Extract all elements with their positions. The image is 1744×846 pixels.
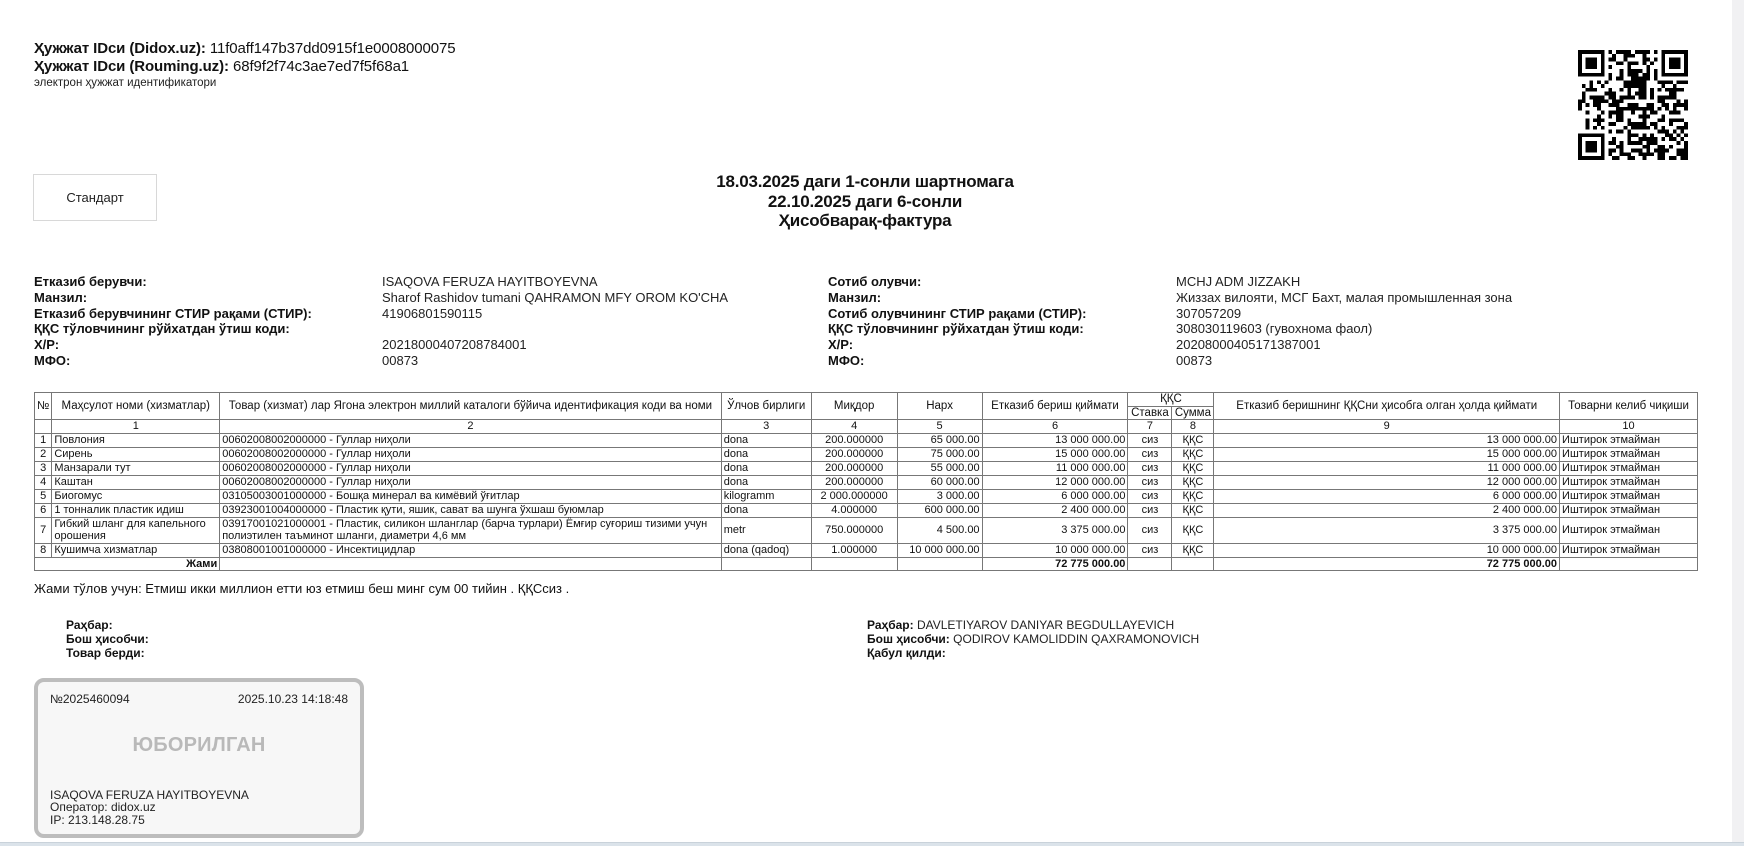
row-catalog: 03923001004000000 - Пластик қути, яшик, … [220, 503, 722, 517]
items-table: № Маҳсулот номи (хизматлар) Товар (хизма… [34, 392, 1698, 571]
seller-tin-label: Етказиб берувчининг СТИР рақами (СТИР): [34, 306, 382, 322]
row-number: 2 [35, 447, 52, 461]
buyer-label: Сотиб олувчи: [828, 274, 1176, 290]
buyer-account: 20208000405171387001 [1176, 337, 1512, 353]
invoice-page: Ҳужжат IDси (Didox.uz): 11f0aff147b37dd0… [0, 0, 1732, 842]
col-header-origin: Товарни келиб чиқиши [1560, 393, 1698, 420]
row-name: Каштан [52, 475, 220, 489]
buyer-address-label: Манзил: [828, 290, 1176, 306]
col-num: 3 [721, 420, 811, 434]
row-qty: 750.000000 [811, 517, 897, 543]
qr-code-icon [1578, 50, 1688, 160]
seller-address-label: Манзил: [34, 290, 382, 306]
table-row: 2Сирень00602008002000000 - Гуллар ниҳоли… [35, 447, 1698, 461]
row-cost: 15 000 000.00 [982, 447, 1128, 461]
buyer-director-label: Раҳбар: [867, 618, 914, 632]
seller-name: ISAQOVA FERUZA HAYITBOYEVNA [382, 274, 728, 290]
seller-info: Етказиб берувчи: Манзил: Етказиб берувчи… [34, 274, 382, 369]
col-num: 4 [811, 420, 897, 434]
seller-address: Sharof Rashidov tumani QAHRAMON MFY OROM… [382, 290, 728, 306]
seller-account-label: Х/Р: [34, 337, 382, 353]
buyer-vat-code-label: ҚҚС тўловчининг рўйхатдан ўтиш коди: [828, 321, 1176, 337]
col-num: 8 [1172, 420, 1214, 434]
row-vat-sum: ҚҚС [1172, 489, 1214, 503]
stamp-datetime: 2025.10.23 14:18:48 [238, 692, 348, 706]
row-catalog: 00602008002000000 - Гуллар ниҳоли [220, 447, 722, 461]
row-name: Гибкий шланг для капельного орошения [52, 517, 220, 543]
seller-signatures: Раҳбар: Бош ҳисобчи: Товар берди: [66, 618, 149, 660]
row-vat-rate: сиз [1128, 489, 1172, 503]
row-vat-rate: сиз [1128, 503, 1172, 517]
row-total: 3 375 000.00 [1214, 517, 1560, 543]
row-origin: Иштирок этмайман [1560, 461, 1698, 475]
row-number: 1 [35, 433, 52, 447]
row-origin: Иштирок этмайман [1560, 433, 1698, 447]
row-name: Биогомус [52, 489, 220, 503]
row-total: 2 400 000.00 [1214, 503, 1560, 517]
row-total: 15 000 000.00 [1214, 447, 1560, 461]
row-qty: 200.000000 [811, 475, 897, 489]
title-doc-type: Ҳисобварақ-фактура [620, 211, 1110, 231]
table-row: 4Каштан00602008002000000 - Гуллар ниҳоли… [35, 475, 1698, 489]
table-row: 7Гибкий шланг для капельного орошения039… [35, 517, 1698, 543]
row-name: Кушимча хизматлар [52, 543, 220, 557]
row-cost: 13 000 000.00 [982, 433, 1128, 447]
title-number-line: 22.10.2025 даги 6-сонли [620, 192, 1110, 212]
row-unit: kilogramm [721, 489, 811, 503]
seller-mfo-label: МФО: [34, 353, 382, 369]
row-cost: 12 000 000.00 [982, 475, 1128, 489]
invoice-title: 18.03.2025 даги 1-сонли шартномага 22.10… [620, 172, 1110, 231]
seller-vat-code [382, 321, 728, 337]
buyer-vat-code: 308030119603 (гувохнома фаол) [1176, 321, 1512, 337]
row-origin: Иштирок этмайман [1560, 543, 1698, 557]
row-total: 12 000 000.00 [1214, 475, 1560, 489]
col-header-vat-rate: Ставка [1128, 406, 1172, 420]
row-total: 11 000 000.00 [1214, 461, 1560, 475]
total-row: Жами 72 775 000.00 72 775 000.00 [35, 557, 1698, 571]
buyer-director-name: DAVLETIYAROV DANIYAR BEGDULLAYEVICH [917, 618, 1174, 632]
row-vat-sum: ҚҚС [1172, 461, 1214, 475]
row-origin: Иштирок этмайман [1560, 517, 1698, 543]
stamp-status: ЮБОРИЛГАН [50, 734, 348, 757]
row-vat-sum: ҚҚС [1172, 503, 1214, 517]
row-cost: 11 000 000.00 [982, 461, 1128, 475]
buyer-address: Жиззах вилояти, МСГ Бахт, малая промышле… [1176, 290, 1512, 306]
row-name: Повлония [52, 433, 220, 447]
row-price: 55 000.00 [897, 461, 982, 475]
bottom-border [0, 842, 1744, 846]
seller-label: Етказиб берувчи: [34, 274, 382, 290]
col-header-unit: Ўлчов бирлиги [721, 393, 811, 420]
row-unit: metr [721, 517, 811, 543]
row-vat-rate: сиз [1128, 447, 1172, 461]
table-row: 61 тонналик пластик идиш0392300100400000… [35, 503, 1698, 517]
row-number: 7 [35, 517, 52, 543]
row-cost: 3 375 000.00 [982, 517, 1128, 543]
row-cost: 6 000 000.00 [982, 489, 1128, 503]
row-unit: dona [721, 447, 811, 461]
col-header-name: Маҳсулот номи (хизматлар) [52, 393, 220, 420]
title-contract-line: 18.03.2025 даги 1-сонли шартномага [620, 172, 1110, 192]
row-unit: dona [721, 475, 811, 489]
row-number: 8 [35, 543, 52, 557]
buyer-tin-label: Сотиб олувчининг СТИР рақами (СТИР): [828, 306, 1176, 322]
col-num: 6 [982, 420, 1128, 434]
col-header-no: № [35, 393, 52, 420]
row-name: Сирень [52, 447, 220, 461]
row-total: 6 000 000.00 [1214, 489, 1560, 503]
row-unit: dona (qadoq) [721, 543, 811, 557]
col-header-catalog: Товар (хизмат) лар Ягона электрон миллий… [220, 393, 722, 420]
stamp-ip: IP: 213.148.28.75 [50, 814, 249, 827]
seller-mfo: 00873 [382, 353, 728, 369]
row-vat-rate: сиз [1128, 433, 1172, 447]
buyer-account-label: Х/Р: [828, 337, 1176, 353]
row-price: 600 000.00 [897, 503, 982, 517]
row-vat-sum: ҚҚС [1172, 517, 1214, 543]
row-qty: 200.000000 [811, 461, 897, 475]
row-cost: 2 400 000.00 [982, 503, 1128, 517]
row-catalog: 03917001021000001 - Пластик, силикон шла… [220, 517, 722, 543]
col-header-qty: Миқдор [811, 393, 897, 420]
buyer-tin: 307057209 [1176, 306, 1512, 322]
row-origin: Иштирок этмайман [1560, 447, 1698, 461]
row-price: 65 000.00 [897, 433, 982, 447]
standard-view-button[interactable]: Стандарт [33, 174, 157, 221]
seller-vat-code-label: ҚҚС тўловчининг рўйхатдан ўтиш коди: [34, 321, 382, 337]
row-vat-sum: ҚҚС [1172, 433, 1214, 447]
row-unit: dona [721, 461, 811, 475]
col-header-vat: ҚҚС [1128, 393, 1214, 407]
row-number: 5 [35, 489, 52, 503]
row-price: 10 000 000.00 [897, 543, 982, 557]
row-qty: 200.000000 [811, 447, 897, 461]
total-with-vat: 72 775 000.00 [1214, 557, 1560, 571]
col-num: 7 [1128, 420, 1172, 434]
row-origin: Иштирок этмайман [1560, 475, 1698, 489]
col-header-vat-sum: Сумма [1172, 406, 1214, 420]
col-header-price: Нарх [897, 393, 982, 420]
buyer-signatures: Раҳбар: DAVLETIYAROV DANIYAR BEGDULLAYEV… [867, 618, 1199, 660]
ids-caption: электрон ҳужжат идентификатори [34, 76, 456, 90]
total-label: Жами [35, 557, 220, 571]
row-vat-rate: сиз [1128, 475, 1172, 489]
row-catalog: 00602008002000000 - Гуллар ниҳоли [220, 433, 722, 447]
buyer-name: MCHJ ADM JIZZAKH [1176, 274, 1512, 290]
seller-account: 20218000407208784001 [382, 337, 728, 353]
row-catalog: 00602008002000000 - Гуллар ниҳоли [220, 461, 722, 475]
table-row: 8Кушимча хизматлар03808001001000000 - Ин… [35, 543, 1698, 557]
scrollbar-track[interactable] [1732, 0, 1744, 846]
buyer-accountant-label: Бош ҳисобчи: [867, 632, 950, 646]
stamp-operator: Оператор: didox.uz [50, 801, 249, 814]
seller-accountant-label: Бош ҳисобчи: [66, 632, 149, 646]
didox-id: Ҳужжат IDси (Didox.uz): 11f0aff147b37dd0… [34, 40, 456, 58]
row-vat-rate: сиз [1128, 517, 1172, 543]
row-qty: 1.000000 [811, 543, 897, 557]
seller-released-label: Товар берди: [66, 646, 149, 660]
seller-tin: 41906801590115 [382, 306, 728, 322]
sent-stamp: №2025460094 2025.10.23 14:18:48 ЮБОРИЛГА… [34, 678, 364, 838]
seller-director-label: Раҳбар: [66, 618, 149, 632]
col-num: 10 [1560, 420, 1698, 434]
row-unit: dona [721, 433, 811, 447]
row-price: 75 000.00 [897, 447, 982, 461]
row-number: 3 [35, 461, 52, 475]
row-qty: 4.000000 [811, 503, 897, 517]
table-row: 1Повлония00602008002000000 - Гуллар ниҳо… [35, 433, 1698, 447]
total-cost: 72 775 000.00 [982, 557, 1128, 571]
row-name: Манзарали тут [52, 461, 220, 475]
row-price: 60 000.00 [897, 475, 982, 489]
amount-in-words: Жами тўлов учун: Етмиш икки миллион етти… [34, 581, 569, 596]
buyer-received-label: Қабул қилди: [867, 646, 946, 660]
buyer-mfo: 00873 [1176, 353, 1512, 369]
row-origin: Иштирок этмайман [1560, 503, 1698, 517]
row-vat-sum: ҚҚС [1172, 543, 1214, 557]
row-cost: 10 000 000.00 [982, 543, 1128, 557]
table-row: 5Биогомус03105003001000000 - Бошқа минер… [35, 489, 1698, 503]
rouming-id: Ҳужжат IDси (Rouming.uz): 68f9f2f74c3ae7… [34, 58, 456, 76]
row-number: 4 [35, 475, 52, 489]
table-row: 3Манзарали тут00602008002000000 - Гуллар… [35, 461, 1698, 475]
row-qty: 2 000.000000 [811, 489, 897, 503]
row-number: 6 [35, 503, 52, 517]
row-vat-sum: ҚҚС [1172, 475, 1214, 489]
col-header-total-with-vat: Етказиб беришнинг ҚҚСни ҳисобга олган ҳо… [1214, 393, 1560, 420]
document-ids: Ҳужжат IDси (Didox.uz): 11f0aff147b37dd0… [34, 40, 456, 90]
row-qty: 200.000000 [811, 433, 897, 447]
row-vat-rate: сиз [1128, 543, 1172, 557]
row-catalog: 03808001001000000 - Инсектицидлар [220, 543, 722, 557]
row-price: 3 000.00 [897, 489, 982, 503]
col-num: 2 [220, 420, 722, 434]
row-origin: Иштирок этмайман [1560, 489, 1698, 503]
row-total: 13 000 000.00 [1214, 433, 1560, 447]
col-num: 1 [52, 420, 220, 434]
row-vat-rate: сиз [1128, 461, 1172, 475]
column-numbers-row: 1 2 3 4 5 6 7 8 9 10 [35, 420, 1698, 434]
row-catalog: 03105003001000000 - Бошқа минерал ва ким… [220, 489, 722, 503]
buyer-accountant-name: QODIROV KAMOLIDDIN QAXRAMONOVICH [953, 632, 1199, 646]
row-unit: dona [721, 503, 811, 517]
stamp-number: №2025460094 [50, 692, 130, 706]
row-total: 10 000 000.00 [1214, 543, 1560, 557]
row-price: 4 500.00 [897, 517, 982, 543]
row-name: 1 тонналик пластик идиш [52, 503, 220, 517]
buyer-mfo-label: МФО: [828, 353, 1176, 369]
col-num: 9 [1214, 420, 1560, 434]
row-vat-sum: ҚҚС [1172, 447, 1214, 461]
col-header-delivery-cost: Етказиб бериш қиймати [982, 393, 1128, 420]
row-catalog: 00602008002000000 - Гуллар ниҳоли [220, 475, 722, 489]
col-num: 5 [897, 420, 982, 434]
buyer-info: Сотиб олувчи: Манзил: Сотиб олувчининг С… [828, 274, 1176, 369]
